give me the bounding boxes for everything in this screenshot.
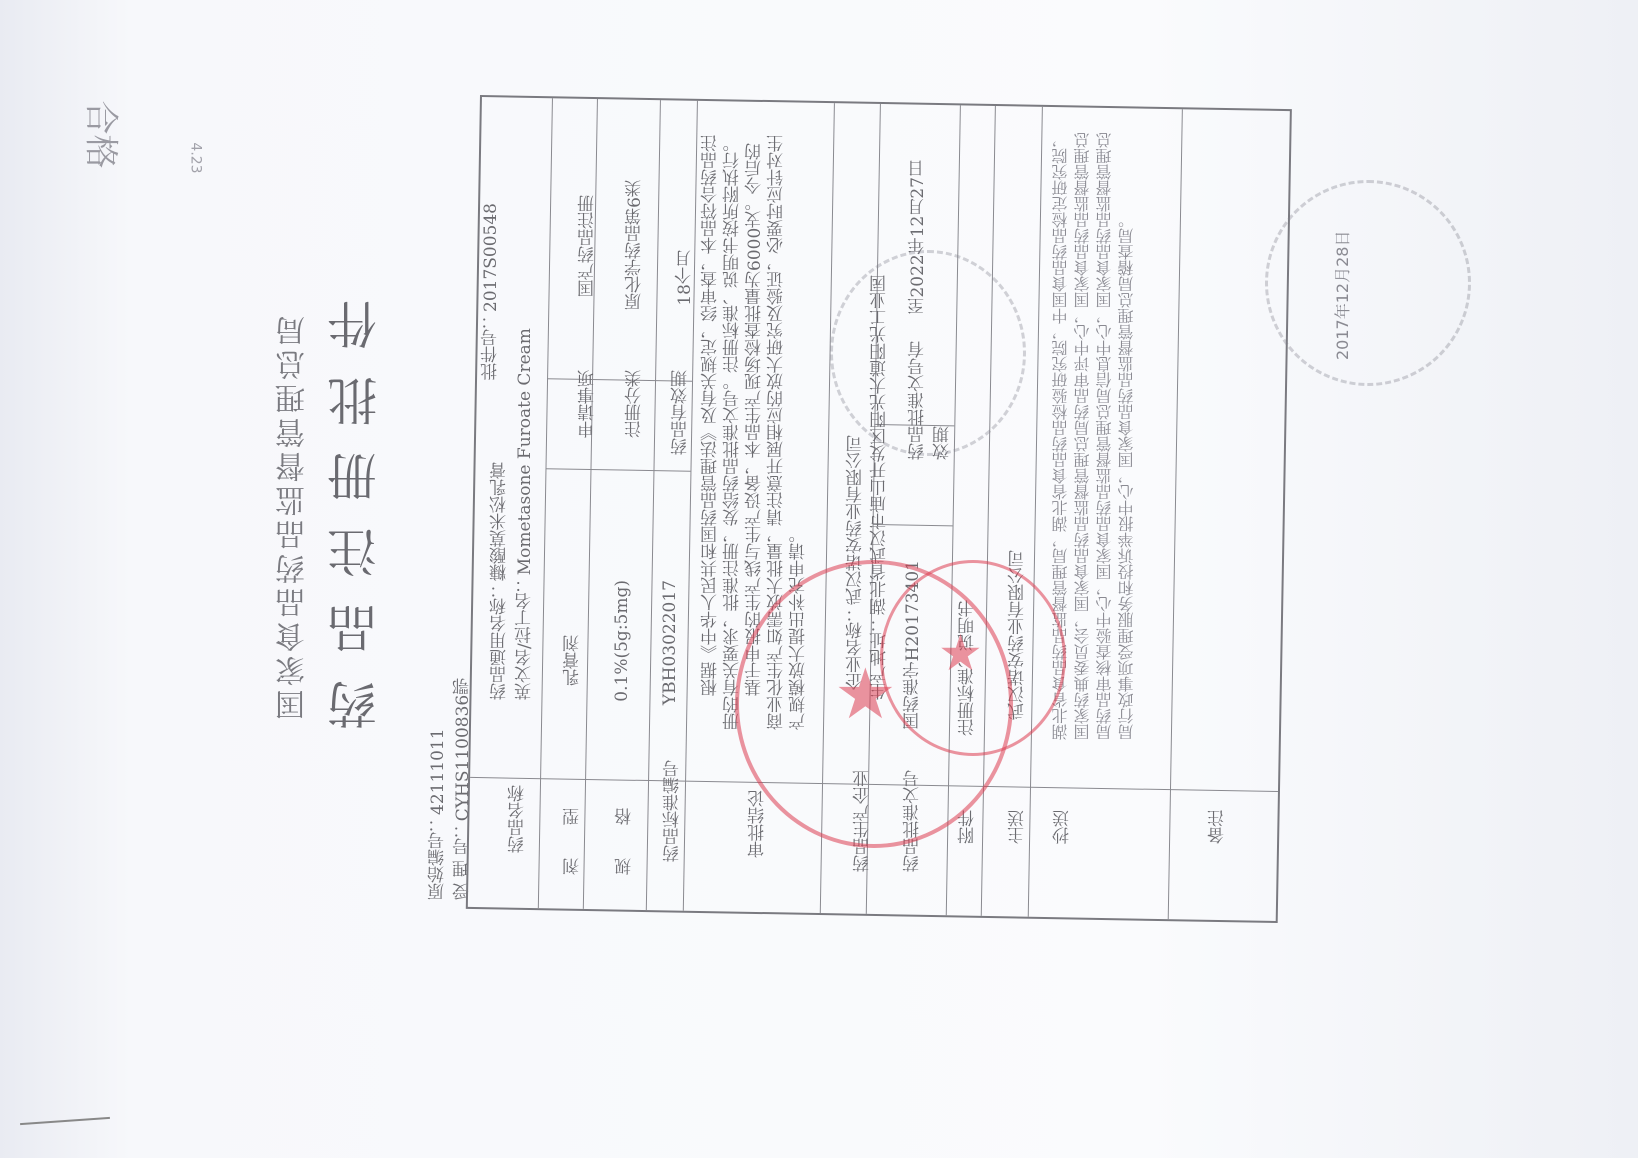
generic-name-label: 药品通用名称：	[490, 581, 510, 700]
page-title: 药品注册批件	[320, 290, 392, 730]
original-number-label: 原始编号：	[428, 815, 448, 900]
conclusion-paragraph-1: 根据《中华人民共和国药品管理法》及有关规定，经审查，本品符合药品注册的有关要求，…	[700, 130, 744, 730]
original-number-value: 42111011	[428, 728, 448, 815]
seal-star-icon: ★	[938, 618, 983, 688]
drug-name-label: 药品名称	[505, 785, 530, 853]
application-item-value: 国产药品注册	[575, 195, 600, 297]
cc-text: 湖北省食品药品监督管理局，湖北省食品药品检验研究院，中国食品药品检定研究院，国家…	[1050, 130, 1180, 740]
handwritten-note: 合格	[80, 101, 129, 169]
generic-name: 药品通用名称：糠酸莫米松乳膏	[487, 440, 512, 700]
conclusion-label: 审批结论	[745, 790, 770, 858]
validity-value: 18个月	[672, 250, 697, 306]
original-number: 原始编号：42111011	[425, 640, 450, 900]
standard-number-label: 药品标准编号	[660, 760, 685, 862]
approval-red-seal: ★	[880, 560, 1066, 756]
handwritten-note-small: 4.23	[188, 142, 204, 173]
english-name: 英文名/拉丁名：Mometasone Furoate Cream	[512, 340, 537, 700]
application-item-label: 申请事项	[575, 370, 600, 438]
specification-label: 规 格	[612, 800, 637, 875]
scanned-page: 合格 4.23 国家食品药品监督管理总局 药品注册批件 原始编号：4211101…	[0, 0, 1638, 1158]
english-name-label: 英文名/拉丁名：	[515, 575, 535, 700]
main-recipient-label: 主送	[1005, 810, 1030, 844]
dosage-form-label: 剂 型	[560, 800, 585, 875]
remarks-label: 备注	[1205, 810, 1230, 844]
cc-label: 抄送	[1050, 810, 1075, 844]
validity-label: 药品有效期	[668, 370, 693, 455]
issuer-official-seal	[1265, 180, 1471, 386]
registration-category-label: 注册分类	[622, 370, 647, 438]
generic-name-value: 糠酸莫米松乳膏	[490, 462, 510, 581]
dosage-form-value: 乳膏剂	[560, 635, 585, 686]
issuer-header: 国家食品药品监督管理总局	[272, 300, 316, 720]
registration-category-value: 原化学药品第6类	[622, 180, 647, 310]
english-name-value: Mometasone Furoate Cream	[515, 328, 535, 575]
standard-number-value: YBH03022017	[660, 580, 680, 705]
specification-value: 0.1%(5g:5mg)	[612, 580, 632, 702]
faint-official-seal	[830, 250, 1026, 456]
seal-date: 2017年12月28日	[1330, 231, 1353, 360]
scan-edge-mark	[20, 1117, 110, 1125]
